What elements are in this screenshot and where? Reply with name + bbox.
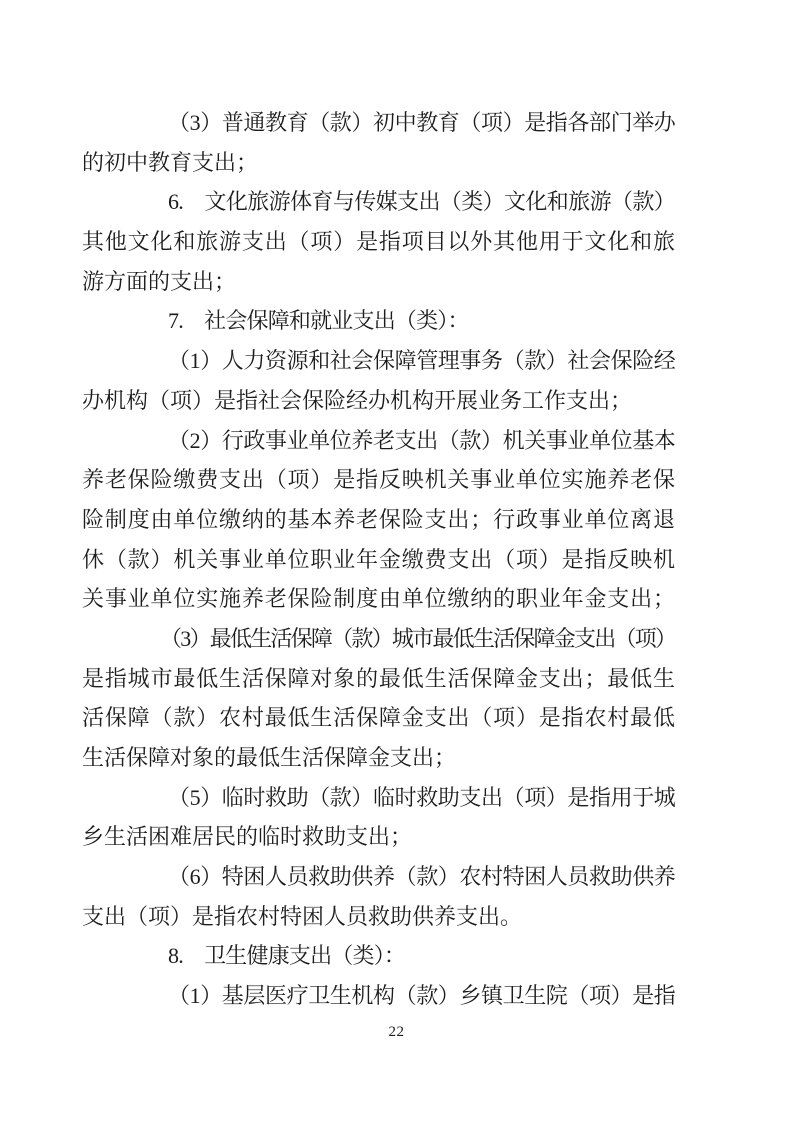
text-line: （1）基层医疗卫生机构（款）乡镇卫生院（项）是指 [82, 976, 675, 1016]
text-line: （6）特困人员救助供养（款）农村特困人员救助供养 [82, 857, 675, 897]
paragraph: 8. 卫生健康支出（类）： [82, 936, 675, 976]
text-line: 险制度由单位缴纳的基本养老保险支出；行政事业单位离退 [82, 500, 675, 540]
paragraph: 6. 文化旅游体育与传媒支出（类）文化和旅游（款）其他文化和旅游支出（项）是指项… [82, 182, 675, 301]
paragraph: （2）行政事业单位养老支出（款）机关事业单位基本养老保险缴费支出（项）是指反映机… [82, 421, 675, 619]
document-page: （3）普通教育（款）初中教育（项）是指各部门举办的初中教育支出；6. 文化旅游体… [0, 0, 793, 1122]
document-body: （3）普通教育（款）初中教育（项）是指各部门举办的初中教育支出；6. 文化旅游体… [82, 103, 675, 1016]
text-line: 的初中教育支出； [82, 143, 675, 183]
text-line: 养老保险缴费支出（项）是指反映机关事业单位实施养老保 [82, 460, 675, 500]
text-line: 7. 社会保障和就业支出（类）： [82, 301, 675, 341]
text-line: 乡生活困难居民的临时救助支出； [82, 817, 675, 857]
text-line: 8. 卫生健康支出（类）： [82, 936, 675, 976]
paragraph: （6）特困人员救助供养（款）农村特困人员救助供养支出（项）是指农村特困人员救助供… [82, 857, 675, 936]
text-line: （3）普通教育（款）初中教育（项）是指各部门举办 [82, 103, 675, 143]
text-line: （2）行政事业单位养老支出（款）机关事业单位基本 [82, 421, 675, 461]
text-line: 办机构（项）是指社会保险经办机构开展业务工作支出； [82, 381, 675, 421]
page-number: 22 [0, 1022, 793, 1042]
text-line: 6. 文化旅游体育与传媒支出（类）文化和旅游（款） [82, 182, 675, 222]
text-line: 关事业单位实施养老保险制度由单位缴纳的职业年金支出； [82, 579, 675, 619]
paragraph: （5）临时救助（款）临时救助支出（项）是指用于城乡生活困难居民的临时救助支出； [82, 778, 675, 857]
text-line: （5）临时救助（款）临时救助支出（项）是指用于城 [82, 778, 675, 818]
text-line: 支出（项）是指农村特困人员救助供养支出。 [82, 897, 675, 937]
paragraph: （1）人力资源和社会保障管理事务（款）社会保险经办机构（项）是指社会保险经办机构… [82, 341, 675, 420]
text-line: 其他文化和旅游支出（项）是指项目以外其他用于文化和旅 [82, 222, 675, 262]
paragraph: （3）普通教育（款）初中教育（项）是指各部门举办的初中教育支出； [82, 103, 675, 182]
text-line: 游方面的支出； [82, 262, 675, 302]
paragraph: （1）基层医疗卫生机构（款）乡镇卫生院（项）是指 [82, 976, 675, 1016]
text-line: 生活保障对象的最低生活保障金支出； [82, 738, 675, 778]
text-line: 是指城市最低生活保障对象的最低生活保障金支出；最低生 [82, 659, 675, 699]
paragraph: （3）最低生活保障（款）城市最低生活保障金支出（项）是指城市最低生活保障对象的最… [82, 619, 675, 778]
paragraph: 7. 社会保障和就业支出（类）： [82, 301, 675, 341]
text-line: 活保障（款）农村最低生活保障金支出（项）是指农村最低 [82, 698, 675, 738]
text-line: （1）人力资源和社会保障管理事务（款）社会保险经 [82, 341, 675, 381]
text-line: 休（款）机关事业单位职业年金缴费支出（项）是指反映机 [82, 540, 675, 580]
text-line: （3）最低生活保障（款）城市最低生活保障金支出（项） [82, 619, 675, 659]
